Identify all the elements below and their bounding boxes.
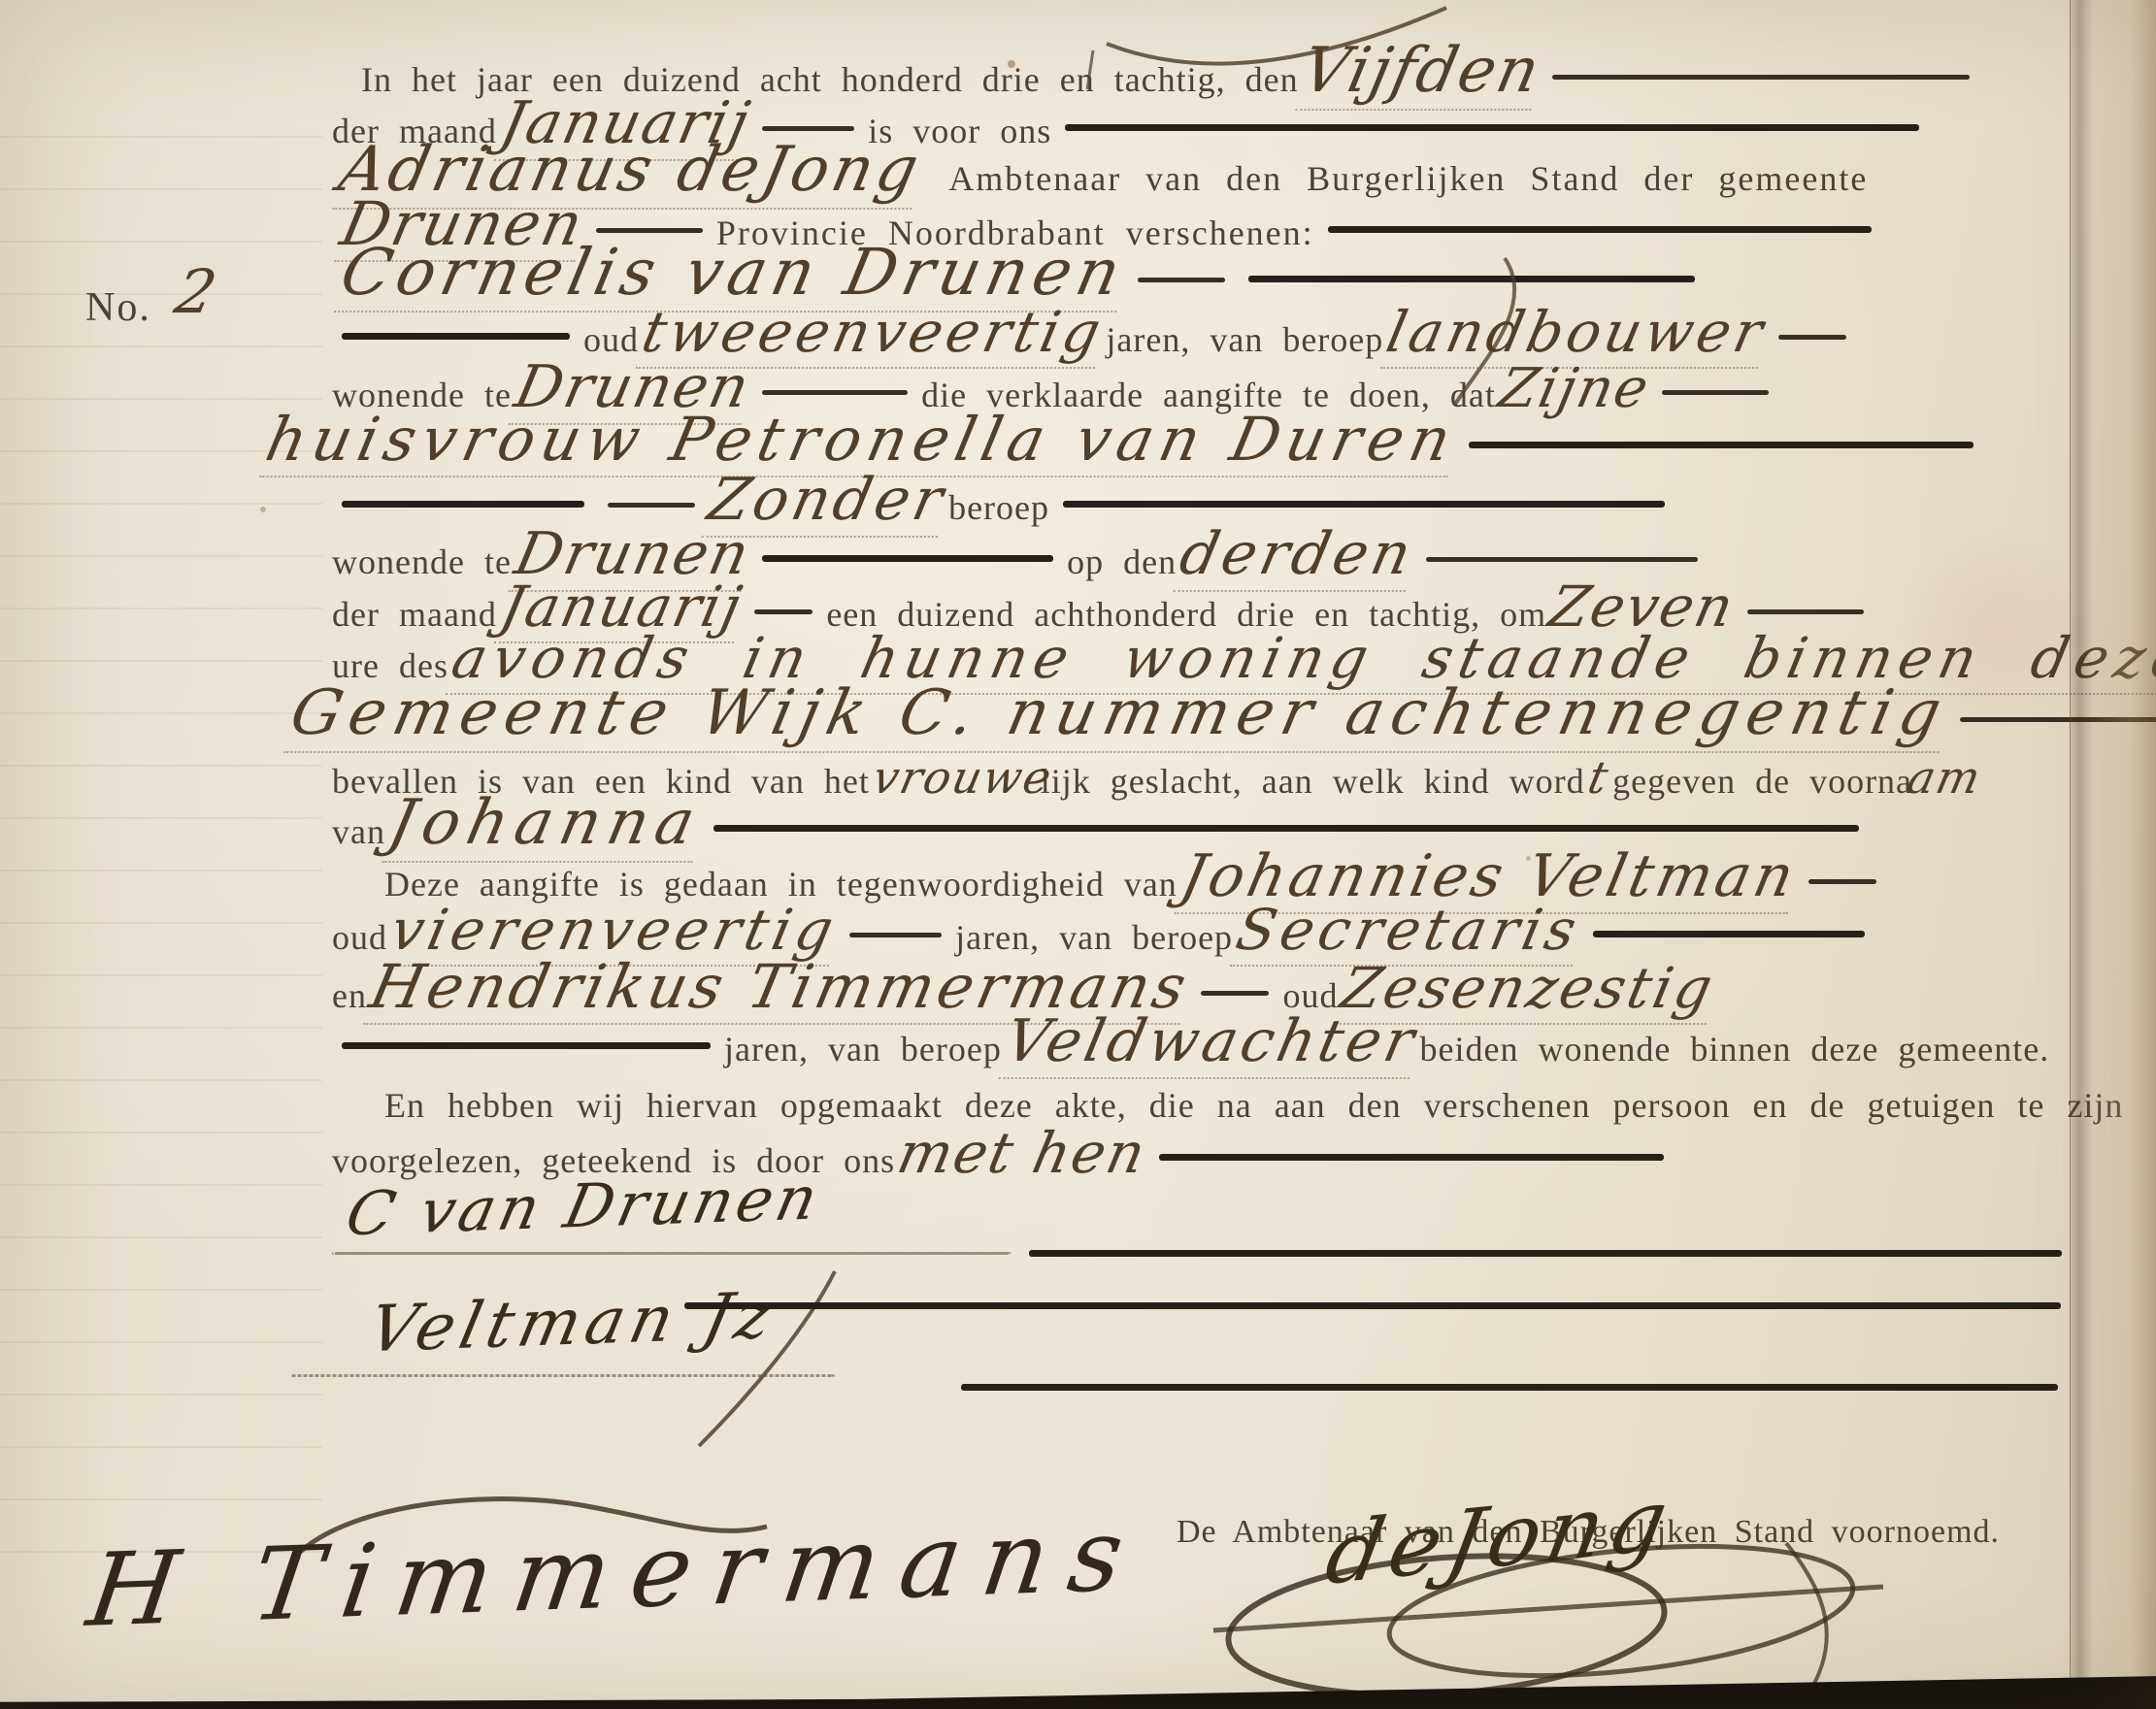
ink-stroke (1426, 557, 1698, 562)
no-label: No. (85, 285, 151, 330)
ink-stroke (1063, 501, 1665, 508)
ink-stroke (596, 228, 703, 233)
ink-rule (961, 1384, 2058, 1391)
printed-text: beroep (948, 488, 1049, 527)
ink-stroke (1328, 226, 1872, 233)
act-number-block: No. 2 (85, 260, 216, 352)
ink-stroke (1201, 991, 1269, 996)
ink-stroke (1248, 276, 1695, 282)
ink-stroke (1159, 1154, 1664, 1161)
ink-stroke (849, 933, 942, 937)
page-binding-edge (2070, 0, 2156, 1709)
ink-stroke (1593, 931, 1865, 937)
signature-declarant: C van Drunen (341, 1168, 826, 1245)
ink-stroke (1065, 124, 1919, 131)
ink-stroke (1808, 879, 1876, 884)
paper-speck (260, 507, 266, 512)
printed-text: wonende te (332, 542, 512, 581)
ink-rule (1029, 1250, 2062, 1257)
ink-stroke (1747, 609, 1864, 614)
signature-official: deJong (1320, 1477, 1679, 1597)
ink-stroke (1662, 390, 1769, 395)
printed-text: jaren, van beroep (724, 1030, 1002, 1068)
printed-text: van (332, 812, 385, 851)
birth-certificate-page: No. 2 In het jaar een duizend acht honde… (0, 0, 2156, 1709)
ink-stroke (754, 609, 813, 614)
ink-stroke (608, 503, 695, 508)
handwritten-address: Gemeente Wijk C. nummer achtennegentig (283, 681, 1954, 753)
ink-stroke (1138, 278, 1225, 282)
ink-stroke (713, 825, 1859, 832)
signature-witness1: Veltman Jz (363, 1284, 782, 1362)
ink-stroke (1778, 335, 1846, 340)
printed-text: En hebben wij hiervan opgemaakt deze akt… (384, 1086, 2123, 1125)
printed-text: beiden wonende binnen deze gemeente. (1419, 1030, 2049, 1068)
ink-stroke (1552, 75, 1970, 80)
ink-stroke (762, 555, 1053, 562)
ink-rule (332, 1252, 1012, 1255)
ink-stroke (342, 501, 584, 508)
handwritten-letters: am (1904, 754, 1986, 801)
ink-stroke (1469, 442, 1974, 448)
scan-background-edge (0, 1674, 2156, 1709)
ink-rule (291, 1374, 835, 1377)
ink-stroke (762, 126, 854, 131)
printed-text: en (332, 976, 367, 1015)
ink-stroke (342, 333, 570, 340)
ink-stroke (342, 1042, 711, 1049)
ink-stroke (762, 390, 908, 395)
act-number: 2 (170, 260, 223, 323)
printed-text: op den (1067, 542, 1177, 581)
ink-rule (684, 1302, 2061, 1309)
handwritten-entry: met hen (893, 1124, 1152, 1183)
printed-text: jaren, van beroep (1106, 320, 1383, 359)
